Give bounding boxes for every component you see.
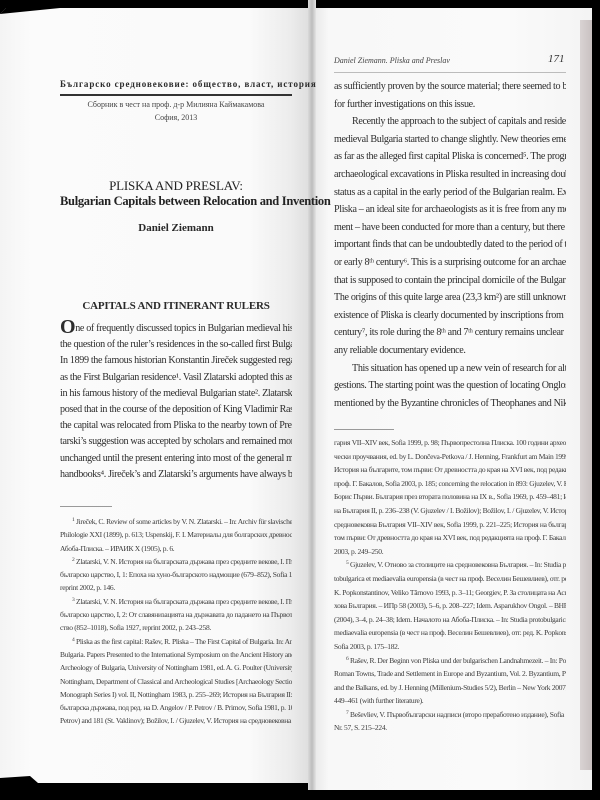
footnote-5: 5 Gjuzelev, V. Отново за столиците на ср… [334,558,566,572]
series-title: Българско средновековие: общество, власт… [60,79,292,89]
drop-cap: O [60,320,75,337]
body-line: In 1899 the famous historian Konstantin … [60,353,292,369]
body-line: in his famous history of the medieval Bu… [60,386,292,402]
body-line: archaeological excavations in Pliska res… [334,166,566,184]
body-line: One of frequently discussed topics in Bu… [60,320,292,337]
series-title-rule [60,94,292,96]
body-line: as far as the alleged first capital Plis… [334,148,566,166]
body-line: the capital was relocated from Pliska to… [60,418,292,434]
article-author: Daniel Ziemann [60,222,292,234]
footnote-1: 1 Jireček, C. Review of some articles by… [60,515,292,528]
footnote-separator [334,429,394,430]
book-gutter [308,0,316,790]
footnote-2: 2 Zlatarski, V. N. История на българскат… [60,555,292,568]
body-line: status as a capital in the early period … [334,184,566,202]
running-head: Daniel Ziemann. Pliska and Preslav [334,56,566,65]
body-line: ment – have been conducted for more than… [334,219,566,237]
left-body-text: One of frequently discussed topics in Bu… [60,320,292,483]
right-page-stack-edge [580,20,592,770]
body-line: century⁷, its role during the 8ᵗʰ and 7ᵗ… [334,324,566,342]
footnote-7: 7 Beševliev, V. Първобългарски надписи (… [334,708,566,722]
open-book-spread: Българско средновековие: общество, власт… [0,0,600,800]
footnote-3: 3 Zlatarski, V. N. История на българскат… [60,595,292,608]
footnote-separator [60,506,112,507]
body-line: Pliska – an ideal site for archaeologist… [334,201,566,219]
body-line: handbooks⁴. Jireček’s and Zlatarski’s ar… [60,467,292,483]
body-line: as sufficiently proven by the source mat… [334,78,566,96]
body-line: The origins of this quite large area (23… [334,289,566,307]
collection-place-year: София, 2013 [60,113,292,122]
footnote-6: 6 Rašev, R. Der Beginn von Pliska und de… [334,654,566,668]
running-head-rule [334,72,566,73]
body-line: existence of Pliska is clearly documente… [334,307,566,325]
body-line: gestions. The starting point was the que… [334,377,566,395]
body-line: the question of the ruler’s residences i… [60,337,292,353]
left-footnotes: 1 Jireček, C. Review of some articles by… [60,515,292,728]
body-line: that is supposed to contain the principa… [334,272,566,290]
body-line: unchanged until the present entering int… [60,451,292,467]
footnote-4: 4 Pliska as the first capital: Rašev, R.… [60,635,292,648]
footnote-4-continued: гария VII–XIV век, Sofia 1999, p. 98; Пъ… [334,436,566,450]
article-subtitle: Bulgarian Capitals between Relocation an… [60,194,292,209]
body-line: This situation has opened up a new vein … [334,360,566,378]
body-line: medieval Bulgaria started to change slig… [334,131,566,149]
page-number: 171 [548,53,565,65]
body-line: as the First Bulgarian residence¹. Vasil… [60,370,292,386]
body-line: for further investigations on this issue… [334,96,566,114]
body-line: important finds that can be undoubtedly … [334,236,566,254]
section-heading: CAPITALS AND ITINERANT RULERS [60,300,292,312]
body-line: or early 8ᵗʰ century⁶. This is a surpris… [334,254,566,272]
right-body-text: as sufficiently proven by the source mat… [334,78,566,412]
right-footnotes: гария VII–XIV век, Sofia 1999, p. 98; Пъ… [334,436,566,735]
article-title: PLISKA AND PRESLAV: [60,178,292,194]
body-line: Recently the approach to the subject of … [334,113,566,131]
body-line: posed that in the course of the depositi… [60,402,292,418]
body-line: any reliable documentary evidence. [334,342,566,360]
body-line: mentioned by the Byzantine chronicles of… [334,395,566,413]
body-line: tarski’s suggestion was accepted by scho… [60,434,292,450]
collection-dedication: Сборник в чест на проф. д-р Милияна Кайм… [60,100,292,109]
